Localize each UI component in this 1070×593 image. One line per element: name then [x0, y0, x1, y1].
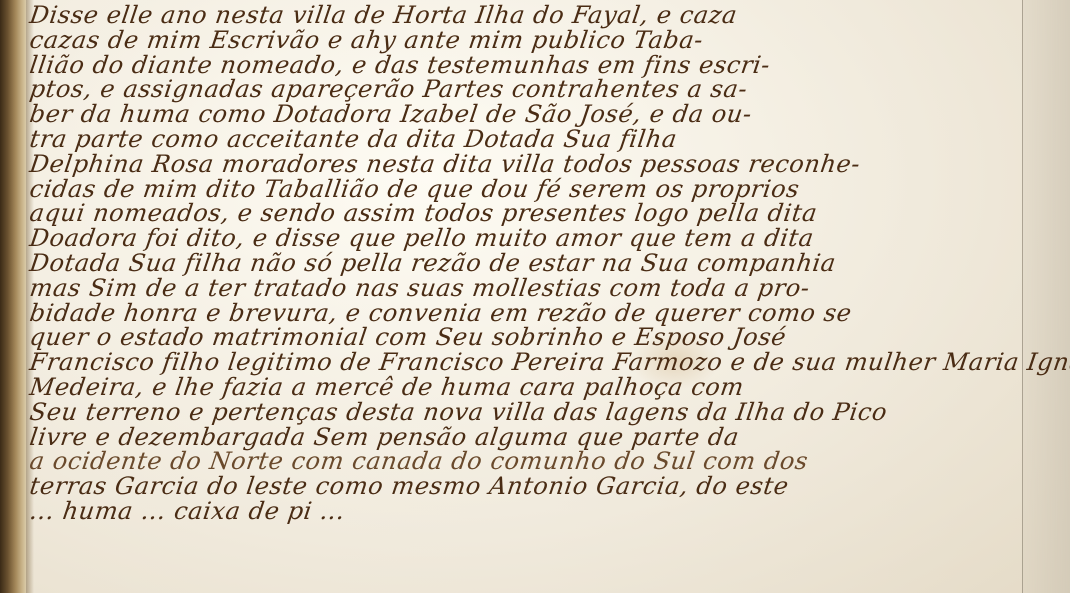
manuscript-page: Disse elle ano nesta villa de Horta Ilha…: [0, 0, 1070, 593]
text-line: ber da huma como Dotadora Izabel de São …: [28, 101, 1070, 126]
text-line: Doadora foi dito, e disse que pello muit…: [28, 225, 1070, 250]
text-line: terras Garcia do leste como mesmo Antoni…: [28, 473, 1070, 498]
text-line: aqui nomeados, e sendo assim todos prese…: [28, 200, 1070, 225]
text-line: cidas de mim dito Taballião de que dou f…: [28, 176, 1070, 201]
text-line: ptos, e assignadas apareçerão Partes con…: [28, 76, 1070, 101]
text-line: a ocidente do Norte com canada do comunh…: [28, 448, 1070, 473]
book-binding: [0, 0, 26, 593]
text-line: Francisco filho legitimo de Francisco Pe…: [28, 349, 1070, 374]
text-line: Medeira, e lhe fazia a mercê de huma car…: [28, 374, 1070, 399]
text-line: Disse elle ano nesta villa de Horta Ilha…: [28, 2, 1070, 27]
text-line: Seu terreno e pertenças desta nova villa…: [28, 399, 1070, 424]
text-line: Delphina Rosa moradores nesta dita villa…: [28, 151, 1070, 176]
text-line: livre e dezembargada Sem pensão alguma q…: [28, 424, 1070, 449]
text-line: bidade honra e brevura, e convenia em re…: [28, 300, 1070, 325]
text-line: tra parte como acceitante da dita Dotada…: [28, 126, 1070, 151]
text-line: Dotada Sua filha não só pella rezão de e…: [28, 250, 1070, 275]
text-line: quer o estado matrimonial com Seu sobrin…: [28, 324, 1070, 349]
text-line: mas Sim de a ter tratado nas suas molles…: [28, 275, 1070, 300]
text-line: ... huma ... caixa de pi ...: [28, 498, 1070, 523]
text-line: llião do diante nomeado, e das testemunh…: [28, 52, 1070, 77]
text-line: cazas de mim Escrivão e ahy ante mim pub…: [28, 27, 1070, 52]
handwritten-text-block: Disse elle ano nesta villa de Horta Ilha…: [30, 2, 1070, 523]
